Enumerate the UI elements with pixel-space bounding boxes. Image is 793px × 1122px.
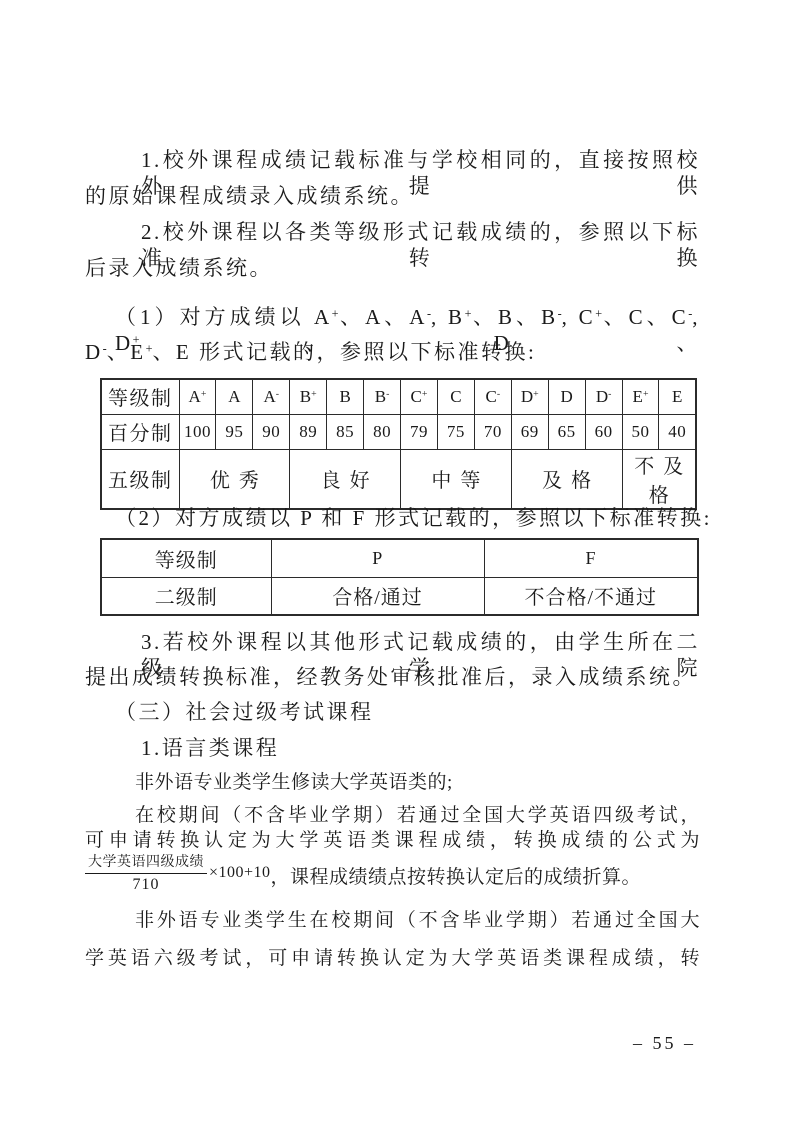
table-row: 百分制 100 95 90 89 85 80 79 75 70 69 65 60… [101,414,696,449]
fraction-numerator: 大学英语四级成绩 [85,851,207,874]
score-cell: 60 [585,414,622,449]
score-cell: 95 [216,414,253,449]
page-number: – 55 – [633,1033,696,1054]
table-row: 五级制 优秀 良好 中等 及格 不及格 [101,449,696,509]
paragraph-line: （2）对方成绩以 P 和 F 形式记载的，参照以下标准转换: [85,505,712,531]
grade-cell: D- [585,379,622,414]
value-cell: 合格/通过 [271,577,484,615]
score-cell: 85 [327,414,364,449]
table-row: 等级制 A+ A A- B+ B B- C+ C C- D+ D D- E+ E [101,379,696,414]
score-cell: 65 [548,414,585,449]
row-label-cell: 等级制 [101,539,271,577]
grade-cell: A [216,379,253,414]
value-cell: 不合格/不通过 [484,577,698,615]
grade-cell: E [659,379,696,414]
grade-cell: C [437,379,474,414]
paragraph-line: 非外语专业类学生修读大学英语类的; [85,771,453,795]
formula-fraction: 大学英语四级成绩 710 [85,851,207,894]
grade-cell: A+ [179,379,216,414]
score-cell: 70 [474,414,511,449]
row-label-cell: 二级制 [101,577,271,615]
paragraph-line: 在校期间（不含毕业学期）若通过全国大学英语四级考试， [85,804,700,828]
grade-cell: P [271,539,484,577]
level-cell: 及格 [511,449,622,509]
paragraph-line: D-、E+、E 形式记载的，参照以下标准转换: [85,339,536,365]
grade-cell: B- [364,379,401,414]
conversion-formula: 大学英语四级成绩 710 ×100+10 ，课程成绩绩点按转换认定后的成绩折算。 [85,851,641,894]
table-row: 等级制 P F [101,539,698,577]
score-cell: 80 [364,414,401,449]
section-heading: （三）社会过级考试课程 [85,699,374,725]
paragraph-line: 的原始课程成绩录入成绩系统。 [85,183,414,209]
score-cell: 69 [511,414,548,449]
grade-cell: C- [474,379,511,414]
paragraph-line: 学英语六级考试，可申请转换认定为大学英语类课程成绩，转 [85,947,700,971]
row-label-cell: 等级制 [101,379,179,414]
paragraph-line: 提出成绩转换标准，经教务处审核批准后，录入成绩系统。 [85,664,696,690]
grade-cell: C+ [401,379,438,414]
grade-cell: B [327,379,364,414]
score-cell: 90 [253,414,290,449]
paragraph-line: 非外语专业类学生在校期间（不含毕业学期）若通过全国大 [85,909,700,933]
grade-cell: B+ [290,379,327,414]
pass-fail-table: 等级制 P F 二级制 合格/通过 不合格/不通过 [100,538,699,616]
score-cell: 75 [437,414,474,449]
grade-cell: E+ [622,379,659,414]
formula-tail-text: ，课程成绩绩点按转换认定后的成绩折算。 [271,862,642,889]
table-row: 二级制 合格/通过 不合格/不通过 [101,577,698,615]
grade-cell: D+ [511,379,548,414]
grade-cell: F [484,539,698,577]
row-label-cell: 五级制 [101,449,179,509]
paragraph-line: 可申请转换认定为大学英语类课程成绩，转换成绩的公式为 [85,829,700,853]
paragraph-line: 后录入成绩系统。 [85,255,273,281]
row-label-cell: 百分制 [101,414,179,449]
score-cell: 79 [401,414,438,449]
formula-multiplier: ×100+10 [209,864,271,882]
level-cell: 良好 [290,449,401,509]
score-cell: 40 [659,414,696,449]
grade-cell: D [548,379,585,414]
grade-conversion-table: 等级制 A+ A A- B+ B B- C+ C C- D+ D D- E+ E… [100,378,697,510]
score-cell: 50 [622,414,659,449]
level-cell: 中等 [401,449,512,509]
document-page: 1.校外课程成绩记载标准与学校相同的，直接按照校外提供 的原始课程成绩录入成绩系… [0,0,793,1122]
level-cell: 不及格 [622,449,696,509]
fraction-denominator: 710 [133,874,160,894]
score-cell: 89 [290,414,327,449]
level-cell: 优秀 [179,449,290,509]
sub-heading: 1.语言类课程 [85,735,279,761]
grade-cell: A- [253,379,290,414]
score-cell: 100 [179,414,216,449]
